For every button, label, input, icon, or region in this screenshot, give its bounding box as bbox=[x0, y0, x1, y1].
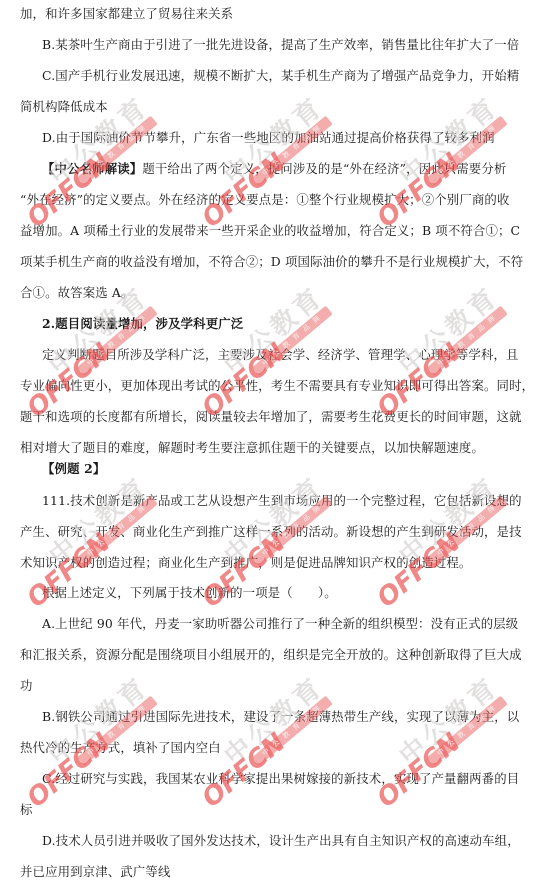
text-line: 题干和选项的长度都有所增长，阅读量较去年增加了，需要考生花费更长的时间审题，这就 bbox=[20, 409, 522, 425]
text-line: “外在经济”的定义要点。外在经济的定义要点是：①整个行业规模扩大；②个别厂商的收 bbox=[20, 192, 510, 208]
example-heading: 【例题 2】 bbox=[42, 461, 105, 477]
text-line: 简机构降低成本 bbox=[20, 99, 108, 115]
option-b: B.钢铁公司通过引进国际先进技术，建设了一条超薄热带生产线，实现了以薄为主，以 bbox=[42, 709, 519, 725]
text-line: 益增加。A 项稀土行业的发展带来一些开采企业的收益增加，符合定义；B 项不符合①… bbox=[20, 223, 520, 239]
option-c-prev: C.国产手机行业发展迅速，规模不断扩大，某手机生产商为了增强产品竞争力，开始精 bbox=[42, 68, 519, 84]
analysis-line: 【中公名师解读】题干给出了两个定义，提问涉及的是“外在经济”，因此只需要分析 bbox=[42, 161, 506, 177]
text-line: 专业偏向性更小，更加体现出考试的公平性，考生不需要具有专业知识即可得出答案。同时… bbox=[20, 378, 534, 394]
watermark-band: 中 公 教 育 品 牌 bbox=[427, 696, 508, 766]
watermark: 中公教育OFFCN中 公 教 育 品 牌 bbox=[352, 79, 527, 242]
text-line: 术知识产权的创造过程；商业化生产到推广，则是促进品牌知识产权的创造过程。 bbox=[20, 555, 471, 571]
document-page: 加，和许多国家都建立了贸易往来关系 B.某茶叶生产商由于引进了一批先进设备，提高… bbox=[0, 0, 550, 885]
watermark: 中公教育OFFCN中 公 教 育 品 牌 bbox=[352, 659, 527, 822]
text-line: 相对增大了题目的难度，解题时考生要注意抓住题干的关键要点，以加快解题速度。 bbox=[20, 440, 484, 456]
watermark: 中公教育OFFCN中 公 教 育 品 牌 bbox=[352, 459, 527, 622]
option-c: C.经过研究与实践，我国某农业科学家提出果树嫁接的新技术，实现了产量翻两番的目 bbox=[42, 771, 519, 787]
analysis-text: 题干给出了两个定义，提问涉及的是“外在经济”，因此只需要分析 bbox=[142, 161, 506, 176]
text-line: 合①。故答案选 A。 bbox=[20, 285, 134, 301]
watermark-text: 中公教育 bbox=[390, 277, 506, 382]
text-line: 定义判断题目所涉及学科广泛，主要涉及社会学、经济学、管理学、心理学等学科，且 bbox=[42, 347, 519, 363]
question-prompt: 根据上述定义，下列属于技术创新的一项是（ ）。 bbox=[42, 585, 337, 601]
text-line: 功 bbox=[20, 678, 33, 694]
question-stem: 111.技术创新是新产品或工艺从设想产生到市场应用的一个完整过程，它包括新设想的 bbox=[42, 493, 522, 509]
text-line: 热代冷的生产方式，填补了国内空白 bbox=[20, 740, 221, 756]
text-line: 项某手机生产商的收益没有增加，不符合②；D 项国际油价的攀升不是行业规模扩大，不… bbox=[20, 254, 523, 270]
option-d: D.技术人员引进并吸收了国外发达技术，设计生产出具有自主知识产权的高速动车组， bbox=[42, 833, 520, 849]
watermark-band: 中 公 教 育 品 牌 bbox=[252, 306, 333, 376]
text-line: 和汇报关系，资源分配是围绕项目小组展开的，组织是完全开放的。这种创新取得了巨大成 bbox=[20, 647, 522, 663]
text-line: 标 bbox=[20, 802, 33, 818]
text-line: 加，和许多国家都建立了贸易往来关系 bbox=[20, 6, 233, 22]
watermark-band: 中 公 教 育 品 牌 bbox=[252, 696, 333, 766]
section-heading: 2.题目阅读量增加，涉及学科更广泛 bbox=[42, 316, 243, 332]
watermark-band: 中 公 教 育 品 牌 bbox=[427, 306, 508, 376]
option-b-prev: B.某茶叶生产商由于引进了一批先进设备，提高了生产效率，销售量比往年扩大了一倍 bbox=[42, 37, 519, 53]
analysis-label: 【中公名师解读】 bbox=[42, 161, 142, 176]
option-a: A.上世纪 90 年代，丹麦一家助听器公司推行了一种全新的组织模型：没有正式的层… bbox=[42, 616, 518, 632]
option-d-prev: D.由于国际油价节节攀升，广东省一些地区的加油站通过提高价格获得了较多利润 bbox=[42, 130, 495, 146]
text-line: 并已应用到京津、武广等线 bbox=[20, 864, 171, 880]
watermark: 中公教育OFFCN中 公 教 育 品 牌 bbox=[177, 79, 352, 242]
text-line: 产生、研究、开发、商业化生产到推广这样一系列的活动。新设想的产生到研发活动，是技 bbox=[20, 524, 522, 540]
